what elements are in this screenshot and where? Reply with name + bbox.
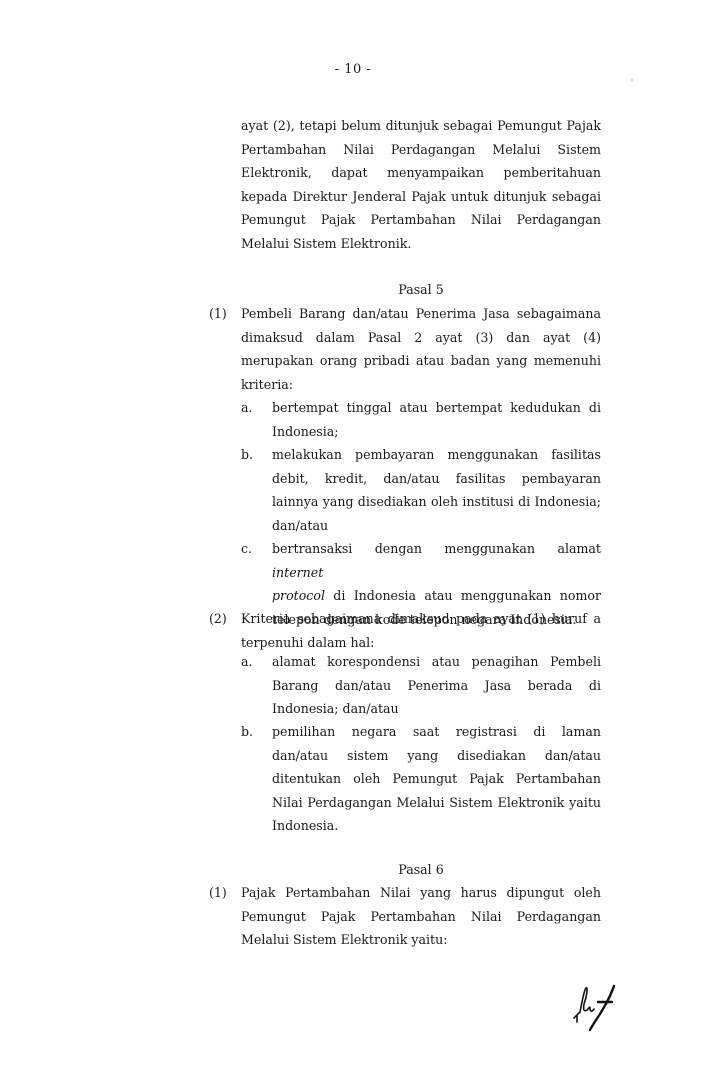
text-line: protocol di Indonesia atau menggunakan n… [272, 584, 601, 608]
pasal-5-ayat-2: Kriteria sebagaimana dimaksud pada ayat … [241, 607, 601, 654]
text-line: Nilai Perdagangan Melalui Sistem Elektro… [272, 791, 601, 815]
text-line: lainnya yang disediakan oleh institusi d… [272, 490, 601, 514]
text-line: Indonesia; [272, 420, 601, 444]
text-line: alamat korespondensi atau penagihan Pemb… [272, 650, 601, 674]
text-line: dan/atau [272, 514, 601, 538]
ayat-number: (1) [209, 302, 227, 326]
initials-signature-icon [570, 982, 630, 1032]
ayat-number: (1) [209, 881, 227, 905]
text-line: ditentukan oleh Pemungut Pajak Pertambah… [272, 767, 601, 791]
text-line: Pemungut Pajak Pertambahan Nilai Perdaga… [241, 208, 601, 232]
scan-speck [631, 79, 633, 81]
text-line: Pertambahan Nilai Perdagangan Melalui Si… [241, 138, 601, 162]
text-line: Pembeli Barang dan/atau Penerima Jasa se… [241, 302, 601, 326]
text-line: pemilihan negara saat registrasi di lama… [272, 720, 601, 744]
pasal-6-heading: Pasal 6 [241, 858, 601, 882]
pasal-6-ayat-1: Pajak Pertambahan Nilai yang harus dipun… [241, 881, 601, 952]
item-letter: b. [241, 443, 253, 467]
item-letter: a. [241, 650, 253, 674]
text-line: Indonesia; dan/atau [272, 697, 601, 721]
text-line: Kriteria sebagaimana dimaksud pada ayat … [241, 607, 601, 631]
text-line: kriteria: [241, 373, 601, 397]
item-letter: c. [241, 537, 252, 561]
text-line: melakukan pembayaran menggunakan fasilit… [272, 443, 601, 467]
text-line: ayat (2), tetapi belum ditunjuk sebagai … [241, 114, 601, 138]
text-line: Melalui Sistem Elektronik. [241, 232, 601, 256]
text-line: Elektronik, dapat menyampaikan pemberita… [241, 161, 601, 185]
text-line: bertransaksi dengan menggunakan alamat i… [272, 537, 601, 584]
text-line: bertempat tinggal atau bertempat keduduk… [272, 396, 601, 420]
text-line: dan/atau sistem yang disediakan dan/atau [272, 744, 601, 768]
pasal-5-ayat-2-item-a: alamat korespondensi atau penagihan Pemb… [272, 650, 601, 721]
pasal-5-ayat-2-item-b: pemilihan negara saat registrasi di lama… [272, 720, 601, 838]
text-line: dimaksud dalam Pasal 2 ayat (3) dan ayat… [241, 326, 601, 350]
item-letter: b. [241, 720, 253, 744]
text-line: Barang dan/atau Penerima Jasa berada di [272, 674, 601, 698]
ayat-number: (2) [209, 607, 227, 631]
pasal-5-ayat-1-item-b: melakukan pembayaran menggunakan fasilit… [272, 443, 601, 537]
text-line: Pajak Pertambahan Nilai yang harus dipun… [241, 881, 601, 905]
continuation-paragraph: ayat (2), tetapi belum ditunjuk sebagai … [241, 114, 601, 255]
pasal-5-ayat-1: Pembeli Barang dan/atau Penerima Jasa se… [241, 302, 601, 396]
text-line: Melalui Sistem Elektronik yaitu: [241, 928, 601, 952]
page-number: - 10 - [0, 62, 706, 77]
text-line: Pemungut Pajak Pertambahan Nilai Perdaga… [241, 905, 601, 929]
pasal-5-heading: Pasal 5 [241, 278, 601, 302]
pasal-5-ayat-1-item-a: bertempat tinggal atau bertempat keduduk… [272, 396, 601, 443]
text-line: kepada Direktur Jenderal Pajak untuk dit… [241, 185, 601, 209]
text-line: merupakan orang pribadi atau badan yang … [241, 349, 601, 373]
text-line: debit, kredit, dan/atau fasilitas pembay… [272, 467, 601, 491]
text-line: Indonesia. [272, 814, 601, 838]
item-letter: a. [241, 396, 253, 420]
